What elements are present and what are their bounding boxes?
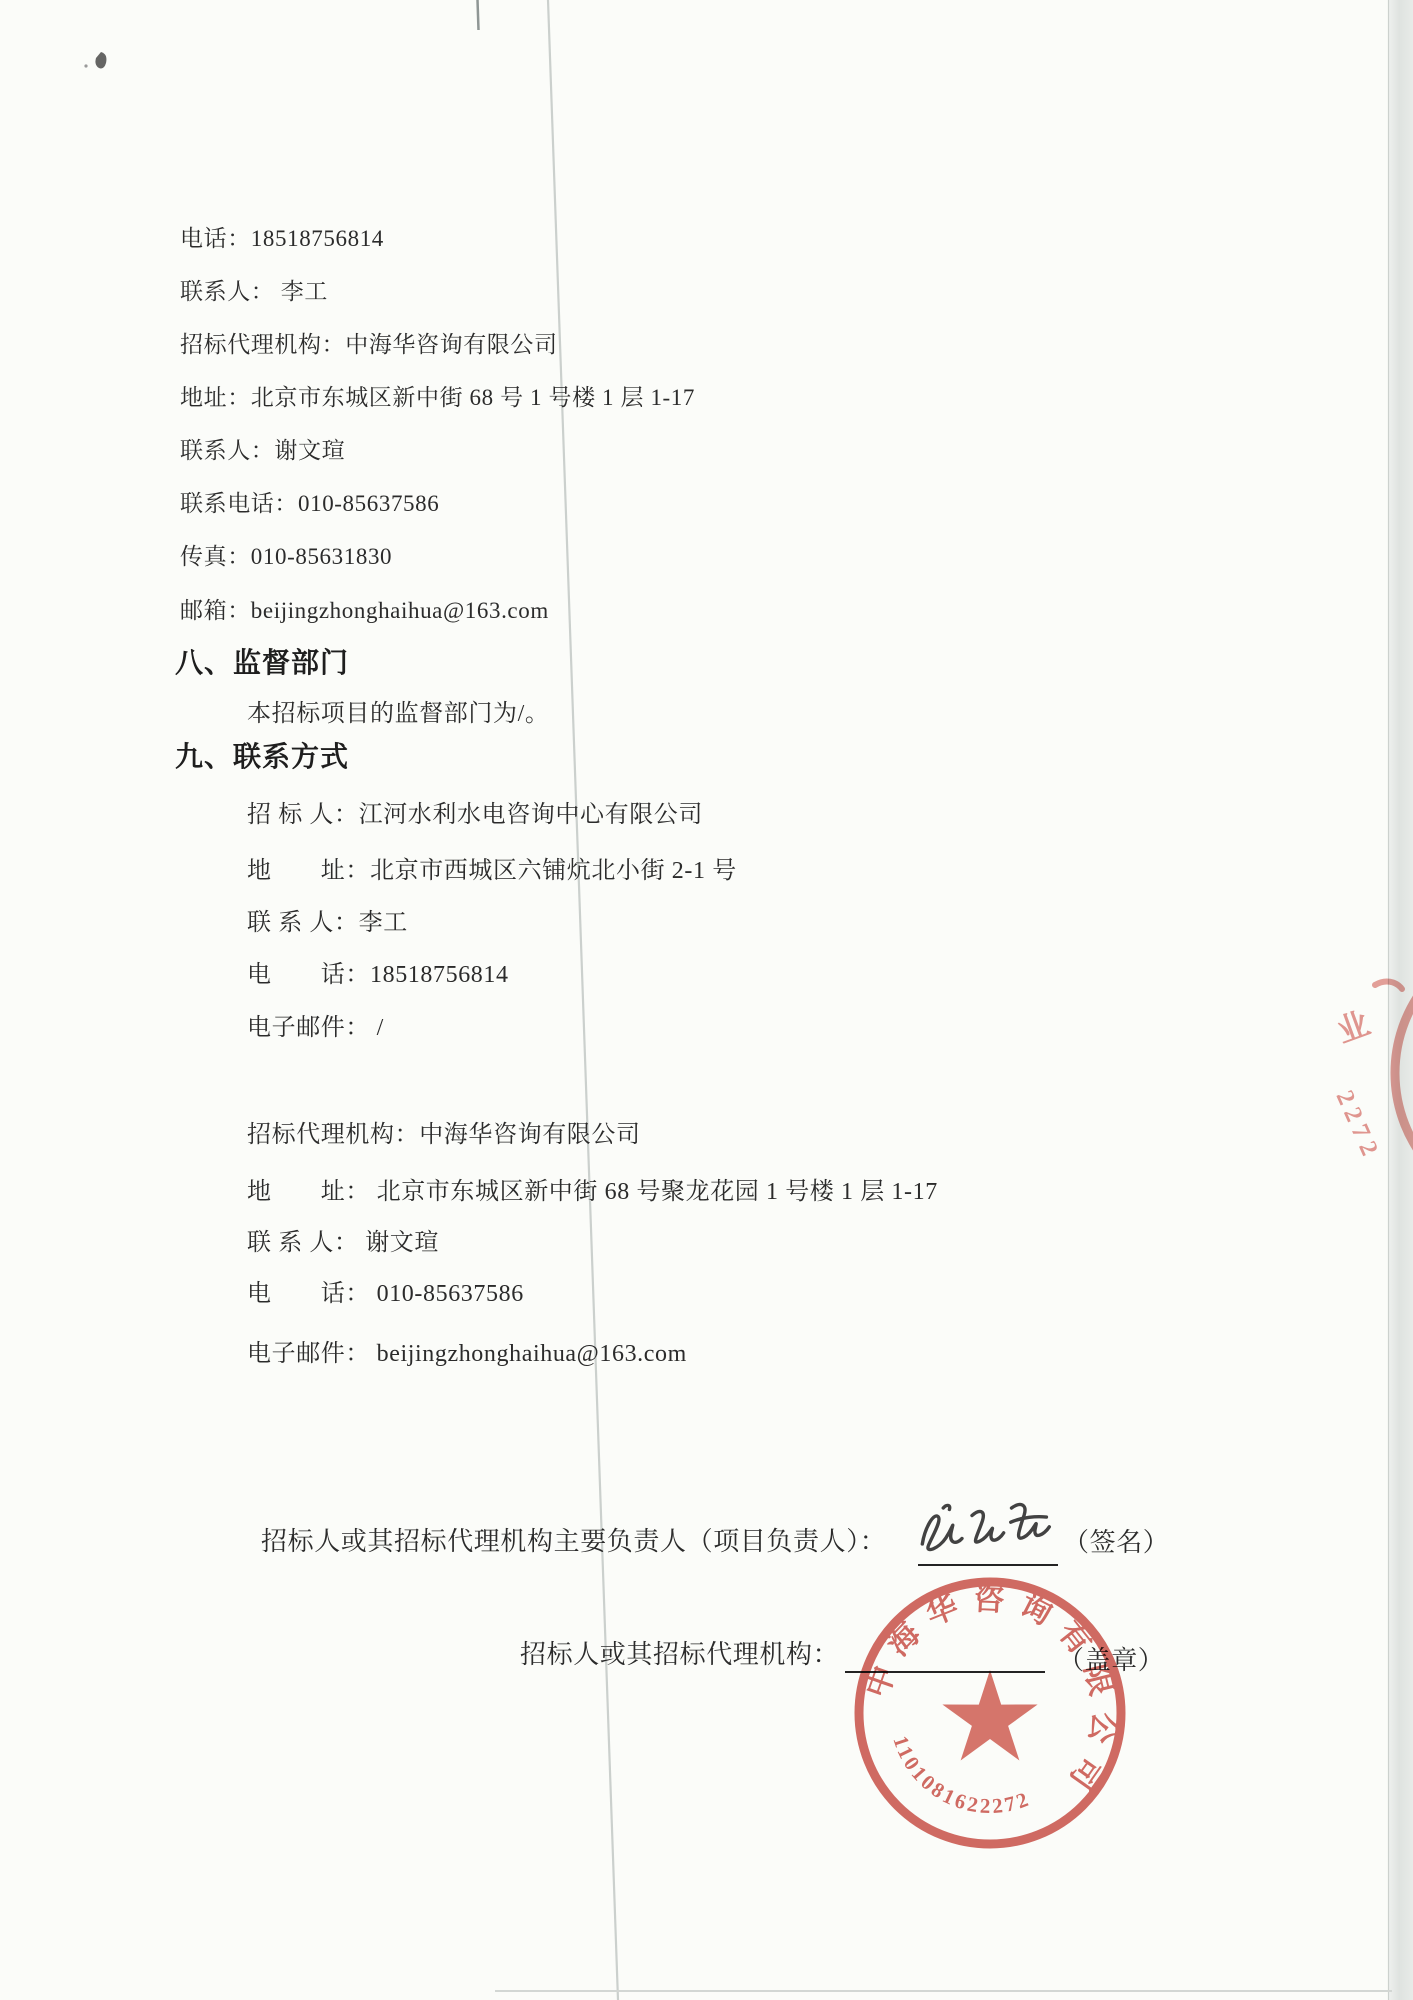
agency2-contact-line: 联 系 人： 谢文瑄 xyxy=(247,1228,439,1259)
star-icon xyxy=(942,1670,1037,1761)
sign-suffix-label: （签名） xyxy=(1063,1526,1169,1559)
agency2-phone-line: 电 话： 010-85637586 xyxy=(247,1279,524,1310)
tenderer-name-line: 招 标 人：江河水利水电咨询中心有限公司 xyxy=(247,800,703,831)
section8-heading: 八、监督部门 xyxy=(175,646,349,680)
agency2-name-line: 招标代理机构：中海华咨询有限公司 xyxy=(247,1120,641,1151)
section8-body: 本招标项目的监督部门为/。 xyxy=(247,699,549,730)
responsible-person-label: 招标人或其招标代理机构主要负责人（项目负责人）： xyxy=(261,1525,886,1558)
tenderer-email-line: 电子邮件： / xyxy=(247,1013,384,1044)
agency-name-line: 招标代理机构：中海华咨询有限公司 xyxy=(180,330,558,360)
partial-seal: 业 2272 xyxy=(1320,955,1413,1195)
tenderer-contact-line: 联 系 人：李工 xyxy=(247,908,408,939)
company-seal: 中海华咨询有限公司 1101081622272 xyxy=(845,1568,1135,1858)
top-edge-tick xyxy=(478,0,479,30)
scanned-document-page: 电话：18518756814 联系人： 李工 招标代理机构：中海华咨询有限公司 … xyxy=(0,0,1413,2000)
ink-dot xyxy=(84,64,87,67)
tenderer-address-line: 地 址：北京市西城区六铺炕北小街 2-1 号 xyxy=(247,856,737,887)
contact-person-line: 联系人： 李工 xyxy=(180,277,328,307)
ink-speck xyxy=(95,52,106,68)
agency-address-line: 地址：北京市东城区新中街 68 号 1 号楼 1 层 1-17 xyxy=(180,383,695,413)
agency-sign-label: 招标人或其招标代理机构： xyxy=(520,1638,839,1671)
fax-line: 传真：010-85631830 xyxy=(180,542,392,572)
company-seal-svg: 中海华咨询有限公司 1101081622272 xyxy=(845,1568,1135,1858)
handwritten-signature: 谢文瑄 xyxy=(915,1486,1065,1564)
partial-seal-digits: 2272 xyxy=(1331,1086,1386,1165)
agency-phone-line: 联系电话：010-85637586 xyxy=(180,489,439,519)
fold-line xyxy=(548,0,618,2000)
agency2-address-line: 地 址： 北京市东城区新中街 68 号聚龙花园 1 号楼 1 层 1-17 xyxy=(247,1177,938,1208)
email-line: 邮箱：beijingzhonghaihua@163.com xyxy=(180,596,549,626)
partial-seal-svg: 业 2272 xyxy=(1320,955,1413,1195)
agency2-email-line: 电子邮件： beijingzhonghaihua@163.com xyxy=(247,1339,687,1370)
signature-underline xyxy=(918,1564,1058,1566)
section9-heading: 九、联系方式 xyxy=(175,740,349,774)
tenderer-phone-line: 电 话：18518756814 xyxy=(247,960,509,991)
phone-line: 电话：18518756814 xyxy=(180,224,384,254)
partial-seal-glyph: 业 xyxy=(1332,1005,1374,1050)
partial-seal-stroke xyxy=(1375,982,1402,989)
agency-contact-line: 联系人：谢文瑄 xyxy=(180,436,345,466)
